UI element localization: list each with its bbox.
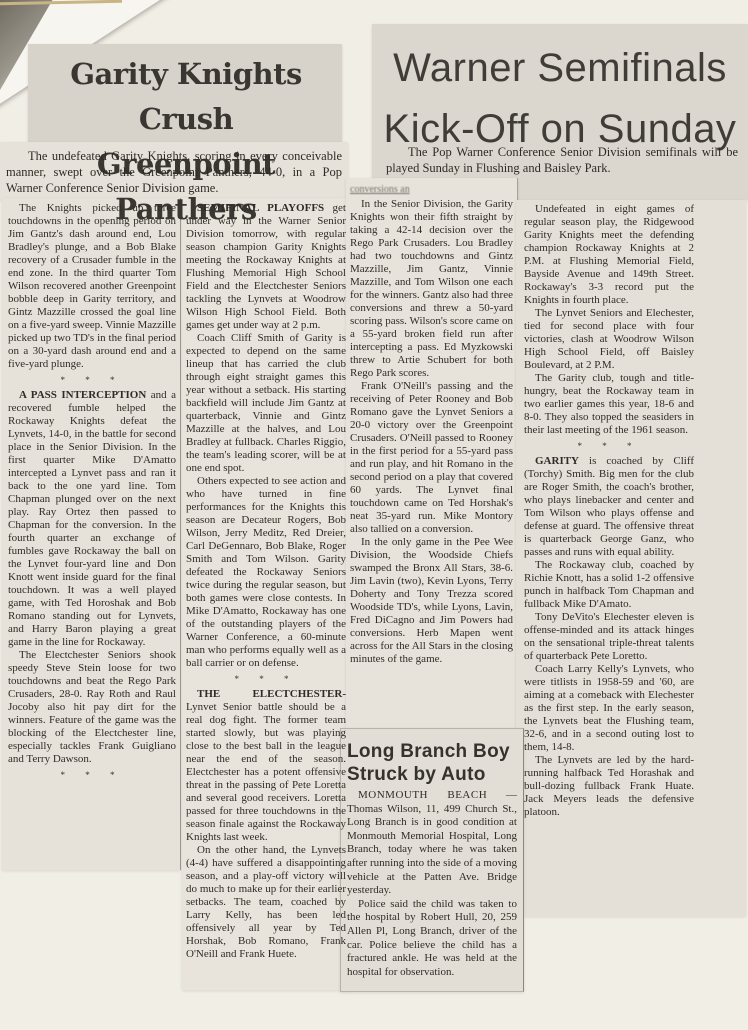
paragraph: Frank O'Neill's passing and the receivin… [350, 380, 513, 536]
paragraph: MONMOUTH BEACH —Thomas Wilson, 11, 499 C… [347, 789, 517, 898]
headline-line: Struck by Auto [347, 763, 521, 786]
warner-lead: The Pop Warner Conference Senior Divisio… [386, 144, 738, 176]
paragraph: On the other hand, the Lynvets (4-4) hav… [186, 844, 346, 961]
paragraph: The Electchester Seniors shook speedy St… [8, 649, 176, 766]
senior-recap-column: In the Senior Division, the Garity Knigh… [350, 198, 513, 666]
paragraph: GARITY is coached by Cliff (Torchy) Smit… [524, 455, 694, 559]
warner-headline: Warner Semifinals Kick-Off on Sunday [378, 38, 742, 160]
paragraph: Police said the child was taken to the h… [347, 898, 517, 980]
scrapbook-page: Garity Knights Crush Greenpoint Panthers… [0, 0, 748, 1030]
paragraph: The Knights picked up three touchdowns i… [8, 202, 176, 371]
garity-lead: The undefeated Garity Knights, scoring i… [6, 148, 342, 196]
paragraph: The undefeated Garity Knights, scoring i… [6, 148, 342, 196]
longbranch-column: MONMOUTH BEACH —Thomas Wilson, 11, 499 C… [347, 789, 517, 979]
paragraph: In the Senior Division, the Garity Knigh… [350, 198, 513, 380]
cut-off-text-line: conversions an [350, 184, 513, 195]
paragraph: Tony DeVito's Elechester eleven is offen… [524, 611, 694, 663]
paragraph: The Rockaway club, coached by Richie Kno… [524, 559, 694, 611]
star-separator: * * * [8, 769, 176, 782]
garity-column-1: The Knights picked up three touchdowns i… [8, 202, 176, 784]
dateline: MONMOUTH BEACH [358, 789, 487, 801]
paragraph: The Lynvets are led by the hard-running … [524, 754, 694, 819]
paragraph: THE ELECTCHESTER-Lynvet Senior battle sh… [186, 688, 346, 844]
paragraph: Coach Cliff Smith of Garity is expected … [186, 332, 346, 475]
headline-line: Garity Knights Crush [36, 52, 336, 142]
paragraph: The Pop Warner Conference Senior Divisio… [386, 144, 738, 176]
paragraph: Others expected to see action and who ha… [186, 475, 346, 670]
headline-line: Long Branch Boy [347, 740, 521, 763]
paragraph: A PASS INTERCEPTION and a recovered fumb… [8, 389, 176, 649]
warner-column: Undefeated in eight games of regular sea… [524, 203, 694, 819]
headline-line: Warner Semifinals [378, 38, 742, 99]
paragraph: SEMIFINAL PLAYOFFS get under way in the … [186, 202, 346, 332]
paragraph-lead-in: GARITY [535, 455, 579, 467]
garity-column-2: SEMIFINAL PLAYOFFS get under way in the … [186, 202, 346, 961]
paragraph: The Garity club, tough and title-hungry,… [524, 372, 694, 437]
paragraph-lead-in: A PASS INTERCEPTION [19, 389, 146, 401]
star-separator: * * * [186, 673, 346, 686]
paragraph: Undefeated in eight games of regular sea… [524, 203, 694, 307]
paragraph: In the only game in the Pee Wee Division… [350, 536, 513, 666]
paragraph: Coach Larry Kelly's Lynvets, who were ti… [524, 663, 694, 754]
paragraph-lead-in: THE ELECTCHESTER- [197, 688, 346, 700]
paragraph: The Lynvet Seniors and Elechester, tied … [524, 307, 694, 372]
paragraph-lead-in: SEMIFINAL PLAYOFFS [197, 202, 324, 214]
star-separator: * * * [8, 374, 176, 387]
star-separator: * * * [524, 440, 694, 453]
longbranch-headline: Long Branch Boy Struck by Auto [347, 740, 521, 786]
